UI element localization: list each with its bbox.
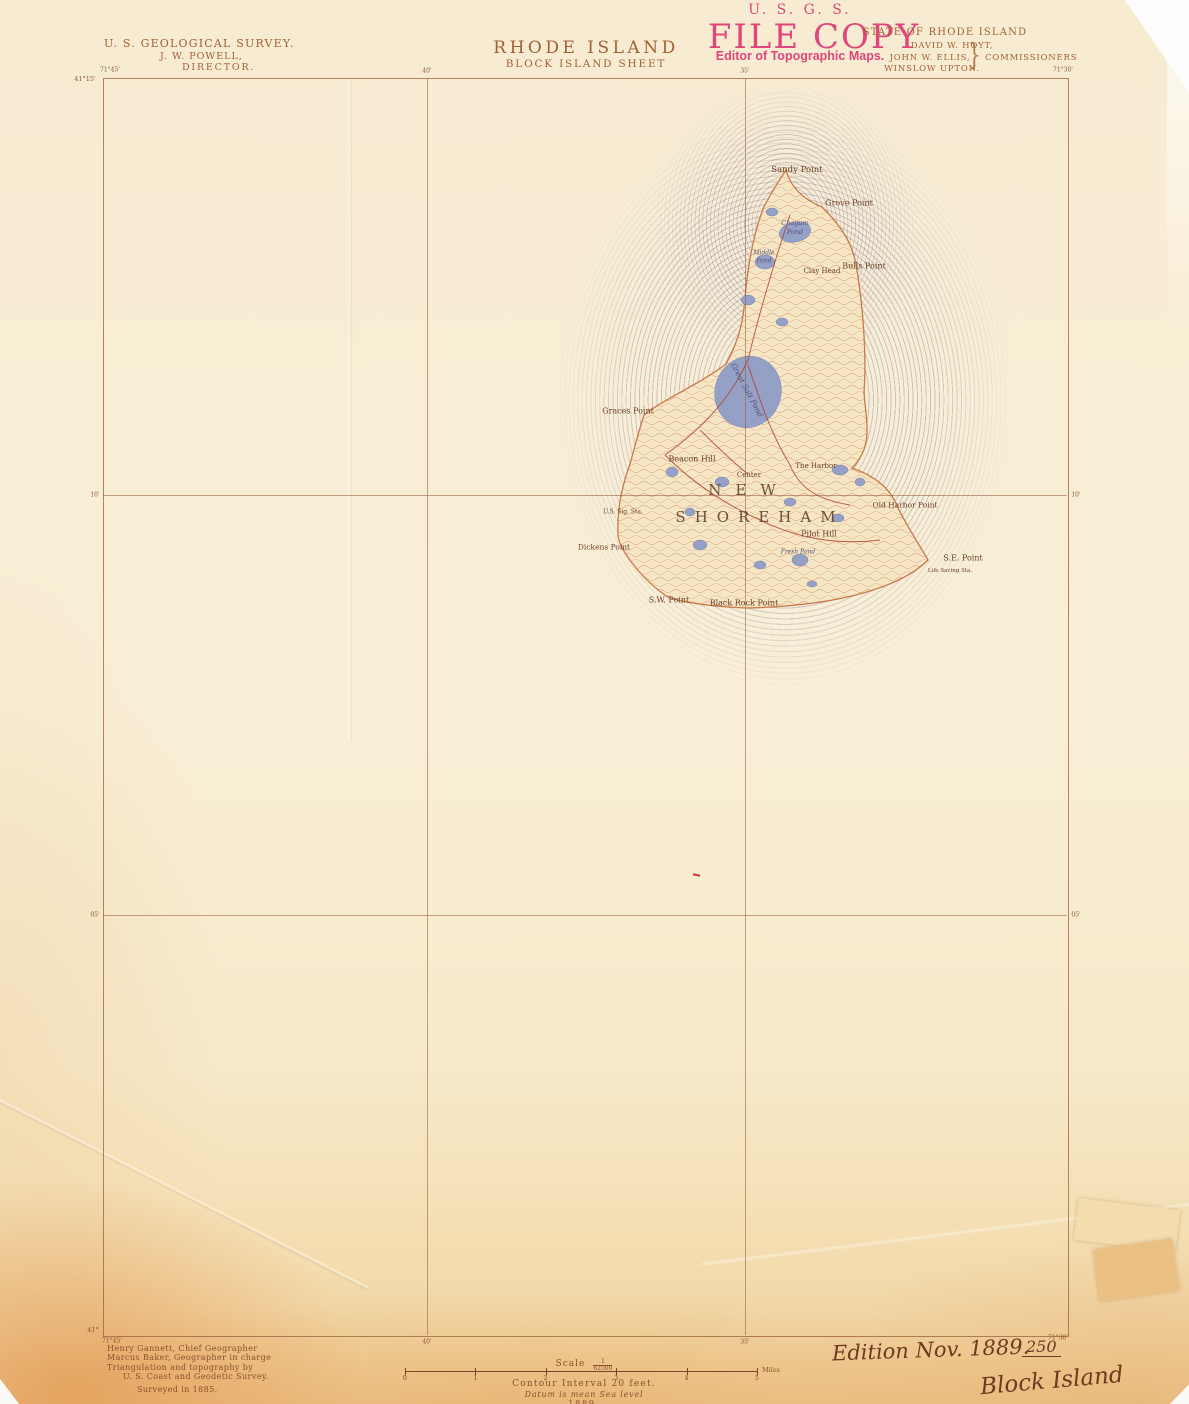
map-neatline <box>103 78 1069 1337</box>
map-label: Chagum <box>781 219 809 227</box>
stamp-editor: Editor of Topographic Maps. <box>716 49 885 63</box>
scale-tick: 0 <box>405 1368 406 1375</box>
map-label: Pond <box>787 228 803 236</box>
torn-corner-bottom-left <box>0 0 1189 1404</box>
map-label: Sandy Point <box>771 165 822 175</box>
map-label: SHOREHAM <box>675 508 844 526</box>
paper-patch <box>1074 1198 1180 1252</box>
map-label: 05' <box>1071 912 1080 919</box>
commissioner-3: WINSLOW UPTON. <box>884 64 980 74</box>
scale-statement: Scale162500 <box>403 1351 765 1372</box>
datum-note: Datum is mean Sea level <box>525 1390 644 1399</box>
map-label: Clay Head <box>804 267 841 275</box>
map-label: Black Rock Point <box>710 599 779 608</box>
map-label: Middle <box>753 250 774 257</box>
scale-bar: 012345 <box>405 1371 757 1372</box>
island-shape <box>618 170 928 608</box>
meridian-line-35 <box>745 78 746 1335</box>
sheet-name-handwritten: Block Island <box>979 1362 1124 1400</box>
roads <box>665 215 880 542</box>
scale-label: Scale <box>556 1359 586 1369</box>
paper-crease <box>0 1095 368 1291</box>
credit-line: U. S. Coast and Geodetic Survey. <box>107 1372 271 1381</box>
credit-line: Triangulation and topography by <box>107 1363 271 1372</box>
print-count-handwritten: 250 <box>1022 1337 1061 1357</box>
state-heading: STATE OF RHODE ISLAND <box>863 27 1028 38</box>
edition-note-handwritten: Edition Nov. 1889. <box>832 1335 1030 1366</box>
map-label: 40' <box>422 68 431 75</box>
agency-line2: J. W. POWELL, <box>160 51 243 62</box>
map-label: The Harbor <box>795 462 836 470</box>
ocean-hachure-rings-north <box>625 92 955 422</box>
stamp-usgs: U. S. G. S. <box>748 2 852 18</box>
red-registration-mark <box>693 873 700 876</box>
map-label: Center <box>737 471 761 479</box>
agency-line1: U. S. GEOLOGICAL SURVEY. <box>104 37 295 50</box>
ponds <box>666 208 865 587</box>
map-label: 10' <box>1071 492 1080 499</box>
scale-tick: 5 <box>757 1368 758 1375</box>
paper-patch <box>1093 1239 1179 1302</box>
parallel-line-10 <box>103 495 1067 496</box>
map-label: Pilot Hill <box>801 530 837 539</box>
sheet-subtitle: BLOCK ISLAND SHEET <box>506 58 666 70</box>
commissioner-1: DAVID W. HOYT, <box>911 41 994 51</box>
scale-unit: Miles <box>762 1366 780 1374</box>
sheet-title: RHODE ISLAND <box>493 38 678 58</box>
agency-line3: DIRECTOR. <box>182 62 255 73</box>
commissioner-2: JOHN W. ELLIS, <box>890 53 971 63</box>
scale-tick: 3 <box>616 1368 617 1375</box>
map-sheet: Sandy PointGrove PointChagumPondMiddlePo… <box>0 0 1189 1404</box>
map-label: Life Saving Sta. <box>928 568 972 574</box>
map-label: 05' <box>90 912 99 919</box>
map-label: 10' <box>90 492 99 499</box>
map-label: 35' <box>740 68 749 75</box>
map-label: S.W. Point <box>649 596 689 605</box>
credit-line: Marcus Baker, Geographer in charge <box>107 1353 271 1362</box>
credit-line: Henry Gannett, Chief Geographer <box>107 1344 271 1353</box>
parallel-line-05 <box>103 915 1067 916</box>
contour-interval-note: Contour Interval 20 feet. <box>512 1379 656 1389</box>
credits-block: Henry Gannett, Chief Geographer Marcus B… <box>107 1344 271 1394</box>
block-island-illustration <box>0 0 1189 1404</box>
map-label: Beacon Hill <box>668 455 715 464</box>
map-label: NEW <box>708 481 790 499</box>
map-label: S.E. Point <box>943 554 982 563</box>
scale-tick: 1 <box>475 1368 476 1375</box>
map-label: 71°30' <box>1053 67 1073 74</box>
map-label: 40' <box>422 1339 431 1346</box>
map-label: 41° <box>87 1326 99 1334</box>
map-labels-layer: Sandy PointGrove PointChagumPondMiddlePo… <box>0 0 1189 1404</box>
map-label: Grove Point <box>825 199 873 208</box>
paper-crease <box>702 1198 1189 1266</box>
map-label: Bulls Point <box>842 262 886 271</box>
map-label: 35' <box>740 1339 749 1346</box>
map-label: Fresh Pond <box>781 549 816 556</box>
paper-crease <box>348 80 353 740</box>
map-label: Old Harbor Point <box>872 501 937 510</box>
map-label: Graces Point <box>602 407 654 416</box>
scale-tick: 2 <box>546 1368 547 1375</box>
ocean-hachure-rings <box>545 88 1025 700</box>
map-label: Pond <box>756 258 771 265</box>
map-label: 71°45' <box>100 67 120 74</box>
map-label: 41°15' <box>74 75 96 83</box>
map-year: 1889. <box>568 1399 600 1404</box>
credit-line: Surveyed in 1885. <box>107 1382 271 1394</box>
paper-edge-highlight <box>1167 0 1189 330</box>
map-label: Dickens Point <box>578 543 630 552</box>
commissioners-role: COMMISSIONERS <box>985 53 1077 63</box>
torn-corner-bottom-right <box>0 0 1189 1404</box>
map-label: U.S. Sig. Sta. <box>603 509 643 516</box>
scale-tick: 4 <box>687 1368 688 1375</box>
meridian-line-40 <box>427 78 428 1335</box>
map-label: Great Salt Pond <box>729 361 765 418</box>
torn-corner-top-right <box>0 0 1189 1404</box>
